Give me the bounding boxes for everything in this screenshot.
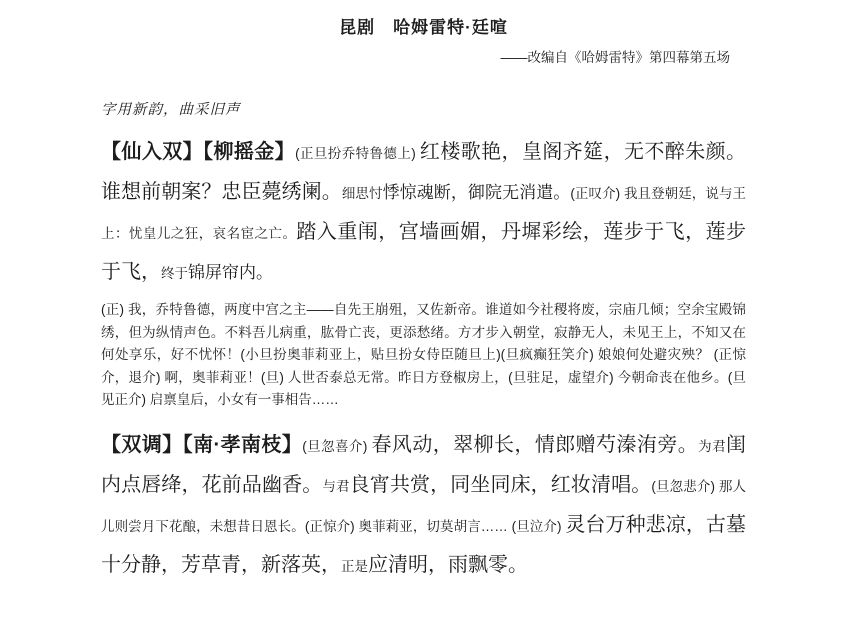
text-segment: 正是 xyxy=(341,559,368,574)
paragraph: 【双调】【南·孝南枝】(旦忽喜介) 春风动，翠柳长，情郎赠芍溱洧旁。为君闺内点唇… xyxy=(101,426,746,586)
text-segment: 细思忖 xyxy=(342,186,383,201)
style-note: 字用新韵，曲采旧声 xyxy=(101,98,746,119)
paragraph: (正) 我，乔特鲁德，两度中宫之主——自先王崩殂，又佐新帝。谁道如今社稷将废，宗… xyxy=(101,299,746,412)
paragraph: 【仙入双】【柳摇金】(正旦扮乔特鲁德上) 红楼歌艳，皇阁齐筵，无不醉朱颜。谁想前… xyxy=(101,133,746,293)
text-segment: 春风动，翠柳长，情郎赠芍溱洧旁。 xyxy=(372,434,699,456)
page-title: 昆剧 哈姆雷特·廷喧 xyxy=(101,16,746,40)
text-segment: 【双调】【南·孝南枝】 xyxy=(101,434,302,456)
attribution-line: ——改编自《哈姆雷特》第四幕第五场 xyxy=(101,48,746,68)
text-segment: 【仙入双】【柳摇金】 xyxy=(101,141,295,163)
text-segment: 应清明，雨飘零。 xyxy=(368,554,528,576)
text-segment: (旦忽喜介) xyxy=(302,439,371,454)
text-segment: 为君 xyxy=(698,439,726,454)
text-segment: (正旦扮乔特鲁德上) xyxy=(295,146,420,161)
text-segment: 终于 xyxy=(161,266,188,281)
text-segment: (正) 我，乔特鲁德，两度中宫之主——自先王崩殂，又佐新帝。谁道如今社稷将废，宗… xyxy=(101,302,746,407)
text-segment: 悸惊魂断，御院无消遣。 xyxy=(383,183,571,202)
document-body: 【仙入双】【柳摇金】(正旦扮乔特鲁德上) 红楼歌艳，皇阁齐筵，无不醉朱颜。谁想前… xyxy=(101,133,746,586)
document-page: 昆剧 哈姆雷特·廷喧 ——改编自《哈姆雷特》第四幕第五场 字用新韵，曲采旧声 【… xyxy=(0,0,846,586)
text-segment: 与君 xyxy=(322,479,349,494)
text-segment: 锦屏帘内。 xyxy=(188,263,273,282)
text-segment: 良宵共赏，同坐同床，红妆清唱。 xyxy=(350,474,652,496)
